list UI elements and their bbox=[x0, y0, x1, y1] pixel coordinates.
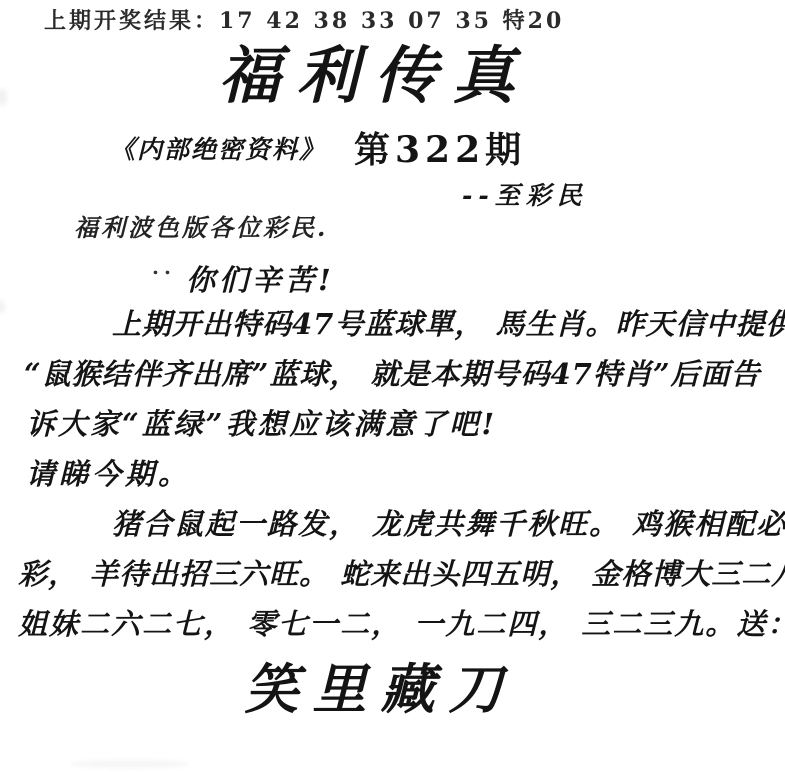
body-line-4: 请睇今期。 bbox=[26, 459, 191, 491]
greeting-line: 你们辛苦! bbox=[186, 265, 335, 297]
issue-number: 第322期 bbox=[354, 131, 526, 171]
salutation-line: 福利波色版各位彩民. bbox=[74, 215, 328, 241]
verse-line-2: 彩， 羊待出招三六旺。 蛇来出头四五明， 金格博大三二八。 bbox=[18, 559, 785, 591]
body-line-1: 上期开出特码47号蓝球單， 馬生肖。昨天信中提供 bbox=[112, 309, 785, 341]
footer-idiom: 笑里藏刀 bbox=[245, 660, 517, 719]
previous-draw-result: 上期开奖结果：17 42 38 33 07 35 特20 bbox=[44, 9, 564, 33]
verse-line-3: 姐妹二六二七， 零七一二， 一九二四， 三二三九。送： 蓝绿 bbox=[18, 609, 785, 641]
scan-smudge bbox=[0, 300, 5, 314]
body-line-2: “鼠猴结伴齐出席”蓝球， 就是本期号码47特肖”后面告 bbox=[24, 359, 761, 391]
verse-line-1: 猪合鼠起一路发， 龙虎共舞千秋旺。 鸡猴相配必出 bbox=[112, 509, 785, 541]
main-title: 福利传真 bbox=[218, 42, 530, 110]
scan-smudge bbox=[70, 760, 190, 768]
classification-note: 《内部绝密资料》 bbox=[110, 136, 326, 164]
ink-dots-mark: .. bbox=[152, 256, 176, 278]
dedication-line: --至彩民 bbox=[462, 182, 588, 210]
fax-document-page: 上期开奖结果：17 42 38 33 07 35 特20 福利传真 《内部绝密资… bbox=[0, 0, 785, 772]
body-line-3: 诉大家“蓝绿”我想应该满意了吧! bbox=[26, 409, 497, 441]
scan-smudge bbox=[0, 88, 7, 106]
